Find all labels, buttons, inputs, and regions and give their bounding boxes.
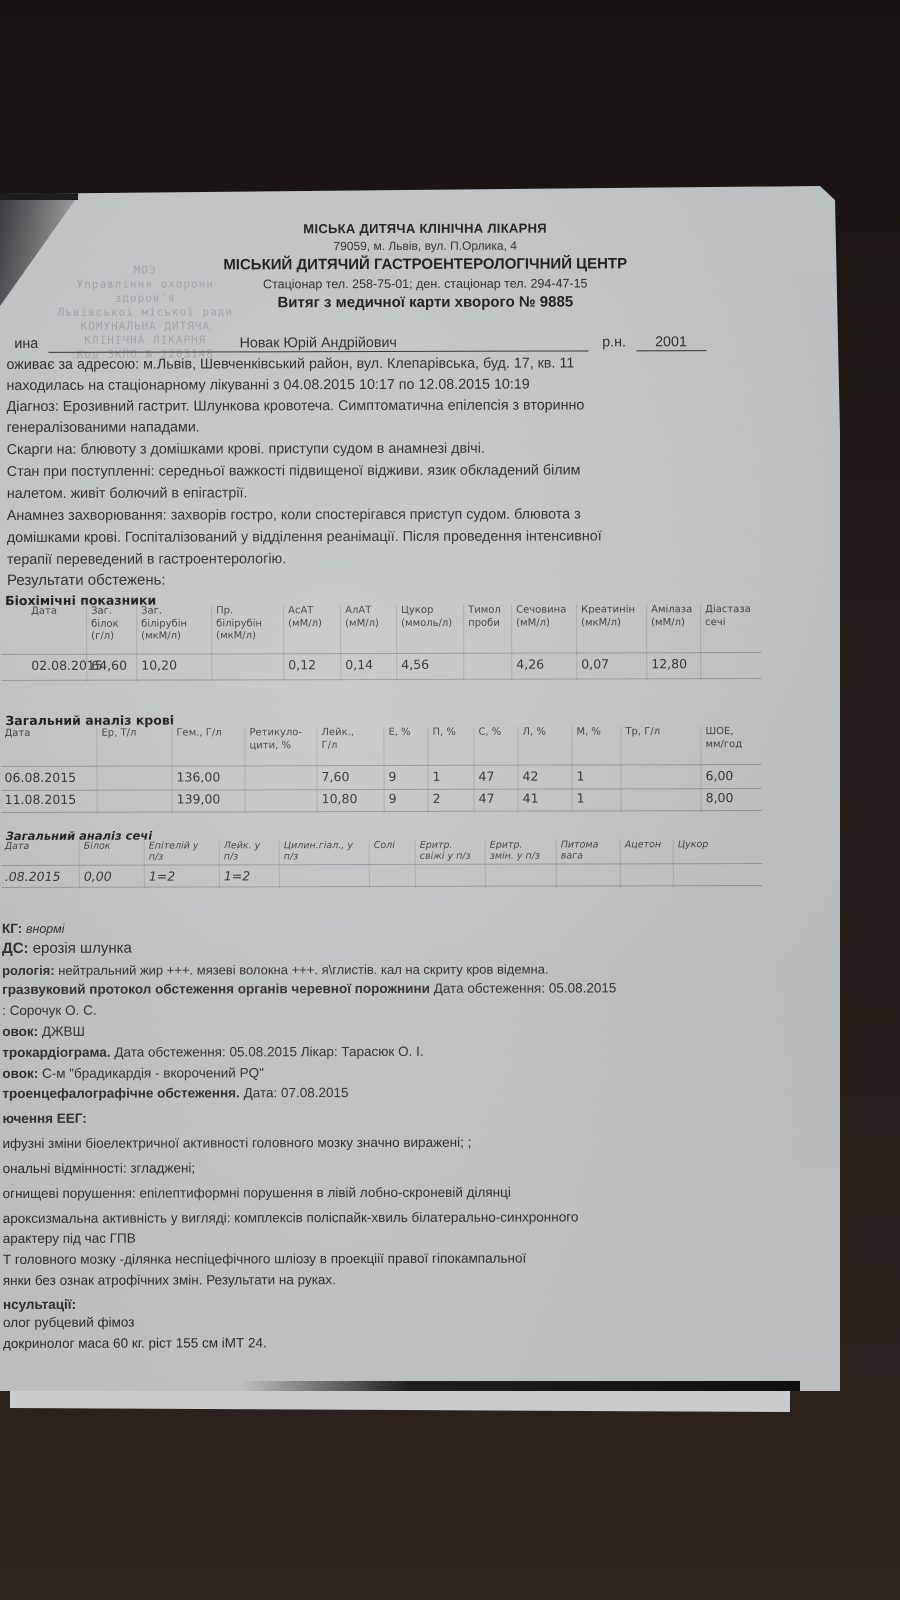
ecg-label: трокардіограма. [2, 1045, 110, 1060]
eeg-date: Дата: 07.08.2015 [244, 1085, 349, 1100]
biochem-header: АлАТ (мМ/л) [345, 605, 379, 630]
urine-header: Білок [84, 841, 111, 852]
table-rule [2, 863, 762, 866]
results-label: Результати обстежень: [7, 572, 166, 589]
table-column-rule [369, 840, 370, 888]
blood-header: П, % [432, 727, 455, 740]
ultrasound-date: Дата обстеження: 05.08.2015 [434, 980, 617, 995]
ultrasound-conclusion-label: овок: [2, 1024, 38, 1039]
blood-header: Е, % [388, 727, 410, 740]
coprology-row: рологія: нейтральний жир +++. мязеві вол… [2, 962, 549, 978]
blood-header: Ретикуло- цити, % [249, 727, 302, 752]
urine-header: Еритр. змін. у п/з [490, 840, 540, 862]
mri-line: янки без ознак атрофічних змін. Результа… [3, 1272, 336, 1288]
biochem-table: ДатаЗаг. білок (г/л)Заг. білірубін (мкМ/… [1, 604, 840, 686]
urine-header: Ацетон [625, 839, 661, 850]
urine-cell: 1=2 [149, 869, 175, 884]
table-column-rule [415, 840, 416, 888]
anamnesis-2: домішками крові. Госпіталізований у відд… [7, 528, 602, 546]
table-rule [2, 764, 762, 767]
ekg-label: КГ: [2, 921, 22, 936]
blood-cell: 9 [389, 769, 397, 784]
table-column-rule [473, 727, 474, 813]
urine-header: Дата [5, 841, 30, 852]
blood-header: Лейк., Г/л [321, 727, 354, 752]
eeg-line: ифузні зміни біоелектричної активності г… [2, 1135, 471, 1151]
biochem-header: Діастаза сечі [705, 604, 751, 629]
blood-header: ШОЕ, мм/год [705, 726, 742, 751]
blood-table: ДатаЕр, Т/лГем., Г/лРетикуло- цити, %Лей… [1, 726, 840, 828]
fgds-value: ерозія шлунка [33, 940, 132, 957]
table-column-rule [340, 605, 341, 681]
ekg-value: внормі [26, 922, 65, 936]
biochem-cell: 0,12 [288, 657, 316, 672]
ultrasound-row: гразвуковий протокол обстеження органів … [2, 980, 616, 997]
patient-name-row: ина Новак Юрій Андрійович р.н. 2001 [14, 334, 706, 353]
biochem-header: Заг. білірубін (мкМ/л) [141, 606, 187, 644]
blood-cell: 8,00 [706, 790, 734, 805]
table-column-rule [576, 604, 577, 680]
stamp-line: Львівської міської ради [50, 305, 240, 319]
biochem-header: Заг. білок (г/л) [91, 606, 119, 644]
urine-table: ДатаБілокЕпітелій у п/зЛейк. у п/зЦилин.… [2, 839, 840, 891]
ecg-info: Дата обстеження: 05.08.2015 Лікар: Тарас… [114, 1044, 423, 1060]
table-column-rule [79, 841, 80, 889]
medical-record-sheet: МІСЬКА ДИТЯЧА КЛІНІЧНА ЛІКАРНЯ 79059, м.… [0, 186, 840, 1391]
table-column-rule [244, 727, 245, 813]
blood-cell: 9 [389, 791, 397, 806]
table-rule [2, 810, 762, 813]
table-column-rule [316, 727, 317, 813]
biochem-cell: 4,26 [516, 657, 544, 672]
urine-header: Солі [374, 840, 395, 851]
table-column-rule [136, 606, 137, 682]
eeg-row: троенцефалографічне обстеження. Дата: 07… [2, 1085, 348, 1101]
eeg-line: огнищеві порушення: епілептиформні поруш… [3, 1185, 511, 1201]
table-column-rule [86, 606, 87, 682]
blood-cell: 6,00 [706, 768, 734, 783]
urine-cell: 1=2 [224, 868, 250, 883]
biochem-cell: 10,20 [141, 658, 177, 673]
biochem-header: Сечовина (мМ/л) [516, 605, 566, 630]
eeg-label: троенцефалографічне обстеження. [2, 1085, 239, 1101]
table-column-rule [620, 726, 621, 812]
table-column-rule [219, 840, 220, 888]
urine-header: Цукор [678, 839, 709, 850]
ekg-row: КГ: внормі [2, 921, 65, 936]
blood-cell: 11.08.2015 [5, 792, 77, 807]
blood-header: Дата [4, 728, 30, 741]
table-rule [2, 885, 762, 888]
blood-cell: 1 [577, 768, 585, 783]
anamnesis-3: терапії переведений в гастроентерологію. [7, 551, 286, 568]
biochem-cell: 12,80 [651, 656, 687, 671]
blood-header: Тр, Г/л [625, 726, 660, 739]
table-column-rule [463, 605, 464, 681]
complaints: Скарги на: блювоту з домішками крові. пр… [7, 441, 485, 458]
biochem-header: Цукор (ммоль/л) [401, 605, 452, 630]
blood-cell: 139,00 [177, 791, 221, 806]
biochem-header: Креатинін (мкМ/л) [581, 604, 635, 629]
table-column-rule [279, 840, 280, 888]
patient-name-label: ина [14, 336, 38, 352]
blood-cell: 1 [577, 790, 585, 805]
table-rule [2, 788, 762, 791]
biochem-header: Пр. білірубін (мкМ/л) [216, 605, 262, 643]
table-column-rule [517, 727, 518, 813]
table-column-rule [485, 840, 486, 888]
urine-header: Лейк. у п/з [224, 840, 261, 862]
blood-title: Загальний аналіз крові [5, 713, 174, 728]
consultations-title: нсультації: [3, 1297, 76, 1312]
stamp-line: Управління охорони здоров'я [50, 277, 240, 305]
eeg-line: арактеру під час ГПВ [3, 1231, 136, 1246]
ecg-conclusion-value: С-м "брадикардія - вкорочений PQ" [42, 1065, 264, 1081]
biochem-header: Амілаза (мМ/л) [651, 604, 692, 629]
patient-address: оживає за адресою: м.Львів, Шевченківськ… [6, 355, 574, 372]
fgds-label: ДС: [2, 940, 29, 957]
blood-header: С, % [478, 727, 501, 740]
eeg-line: ональні відмінності: згладжені; [3, 1160, 196, 1176]
biochem-header: Тимол проби [468, 605, 501, 630]
urine-header: Епітелій у п/з [149, 840, 199, 862]
blood-cell: 47 [479, 791, 495, 806]
biochem-cell: 64,60 [91, 658, 127, 673]
diagnosis-line-2: генералізованими нападами. [7, 419, 200, 436]
ecg-conclusion-row: овок: С-м "брадикардія - вкорочений PQ" [2, 1065, 264, 1081]
hospital-address: 79059, м. Львів, вул. П.Орлика, 4 [0, 238, 840, 254]
table-column-rule [620, 839, 621, 887]
urine-header: Цилин.гіал., у п/з [284, 840, 353, 862]
urine-cell: .08.2015 [5, 869, 61, 884]
urine-header: Питома вага [561, 839, 599, 861]
table-column-rule [556, 840, 557, 888]
blood-header: М, % [576, 726, 601, 739]
blood-cell: 2 [433, 791, 441, 806]
consultation-line: докринолог маса 60 кг. ріст 155 см іМТ 2… [3, 1335, 267, 1351]
blood-cell: 06.08.2015 [5, 770, 77, 785]
table-column-rule [700, 726, 701, 812]
patient-name: Новак Юрій Андрійович [48, 334, 588, 352]
coprology-value: нейтральний жир +++. мязеві волокна +++.… [58, 962, 548, 978]
table-column-rule [396, 605, 397, 681]
urine-header: Еритр. свіжі у п/з [420, 840, 471, 862]
blood-cell: 136,00 [177, 769, 221, 784]
eeg-line: ароксизмальна активність у вигляді: комп… [3, 1209, 579, 1226]
admission-state-2: налетом. живіт болючий в епігастрії. [7, 485, 248, 502]
blood-cell: 10,80 [322, 791, 358, 806]
table-column-rule [283, 605, 284, 681]
admission-state-1: Стан при поступленні: середньої важкості… [7, 462, 581, 480]
anamnesis-1: Анамнез захворювання: захворів гостро, к… [7, 506, 581, 524]
ultrasound-conclusion-value: ДЖВШ [42, 1024, 85, 1039]
blood-header: Ер, Т/л [101, 728, 136, 741]
table-column-rule [571, 727, 572, 813]
table-column-rule [144, 841, 145, 889]
fgds-row: ДС: ерозія шлунка [2, 940, 132, 957]
diagnosis-line-1: Діагноз: Ерозивний гастрит. Шлункова кро… [7, 397, 585, 415]
ecg-conclusion-label: овок: [2, 1066, 38, 1081]
ultrasound-label: гразвуковий протокол обстеження органів … [2, 981, 430, 997]
biochem-cell: 0,07 [581, 656, 609, 671]
birth-label: р.н. [602, 334, 626, 350]
table-column-rule [646, 604, 647, 680]
table-column-rule [211, 605, 212, 681]
ecg-row: трокардіограма. Дата обстеження: 05.08.2… [2, 1044, 423, 1060]
biochem-cell: 4,56 [401, 657, 429, 672]
blood-header: Л, % [522, 727, 545, 740]
table-column-rule [96, 728, 97, 814]
table-column-rule [383, 727, 384, 813]
hospital-name: МІСЬКА ДИТЯЧА КЛІНІЧНА ЛІКАРНЯ [0, 220, 840, 237]
urine-cell: 0,00 [84, 869, 112, 884]
stamp-line: МОЗ [50, 263, 240, 277]
ultrasound-conclusion-row: овок: ДЖВШ [2, 1024, 85, 1039]
blood-cell: 1 [433, 769, 441, 784]
table-column-rule [171, 728, 172, 814]
stay-period: находилась на стаціонарному лікуванні з … [7, 377, 530, 394]
biochem-header: АсАТ (мМ/л) [288, 605, 322, 630]
table-column-rule [700, 604, 701, 680]
eeg-conclusion-title: ючення ЕЕГ: [2, 1111, 86, 1126]
consultation-line: олог рубцевий фімоз [3, 1315, 134, 1330]
biochem-header: Дата [31, 606, 57, 619]
mri-line: Т головного мозку -ділянка неспіцефічног… [3, 1251, 526, 1267]
blood-cell: 41 [523, 791, 539, 806]
blood-header: Гем., Г/л [176, 727, 221, 740]
stamp-line: КОМУНАЛЬНА ДИТЯЧА [50, 319, 240, 333]
biochem-cell: 0,14 [345, 657, 373, 672]
table-column-rule [673, 839, 674, 887]
blood-cell: 47 [479, 769, 495, 784]
table-column-rule [427, 727, 428, 813]
table-column-rule [511, 605, 512, 681]
toner-smear [240, 1381, 800, 1391]
blood-cell: 42 [523, 769, 539, 784]
blood-cell: 7,60 [322, 769, 350, 784]
birth-year: 2001 [636, 334, 706, 351]
coprology-label: рологія: [2, 963, 55, 978]
ultrasound-doctor: : Сорочук О. С. [2, 1003, 96, 1018]
